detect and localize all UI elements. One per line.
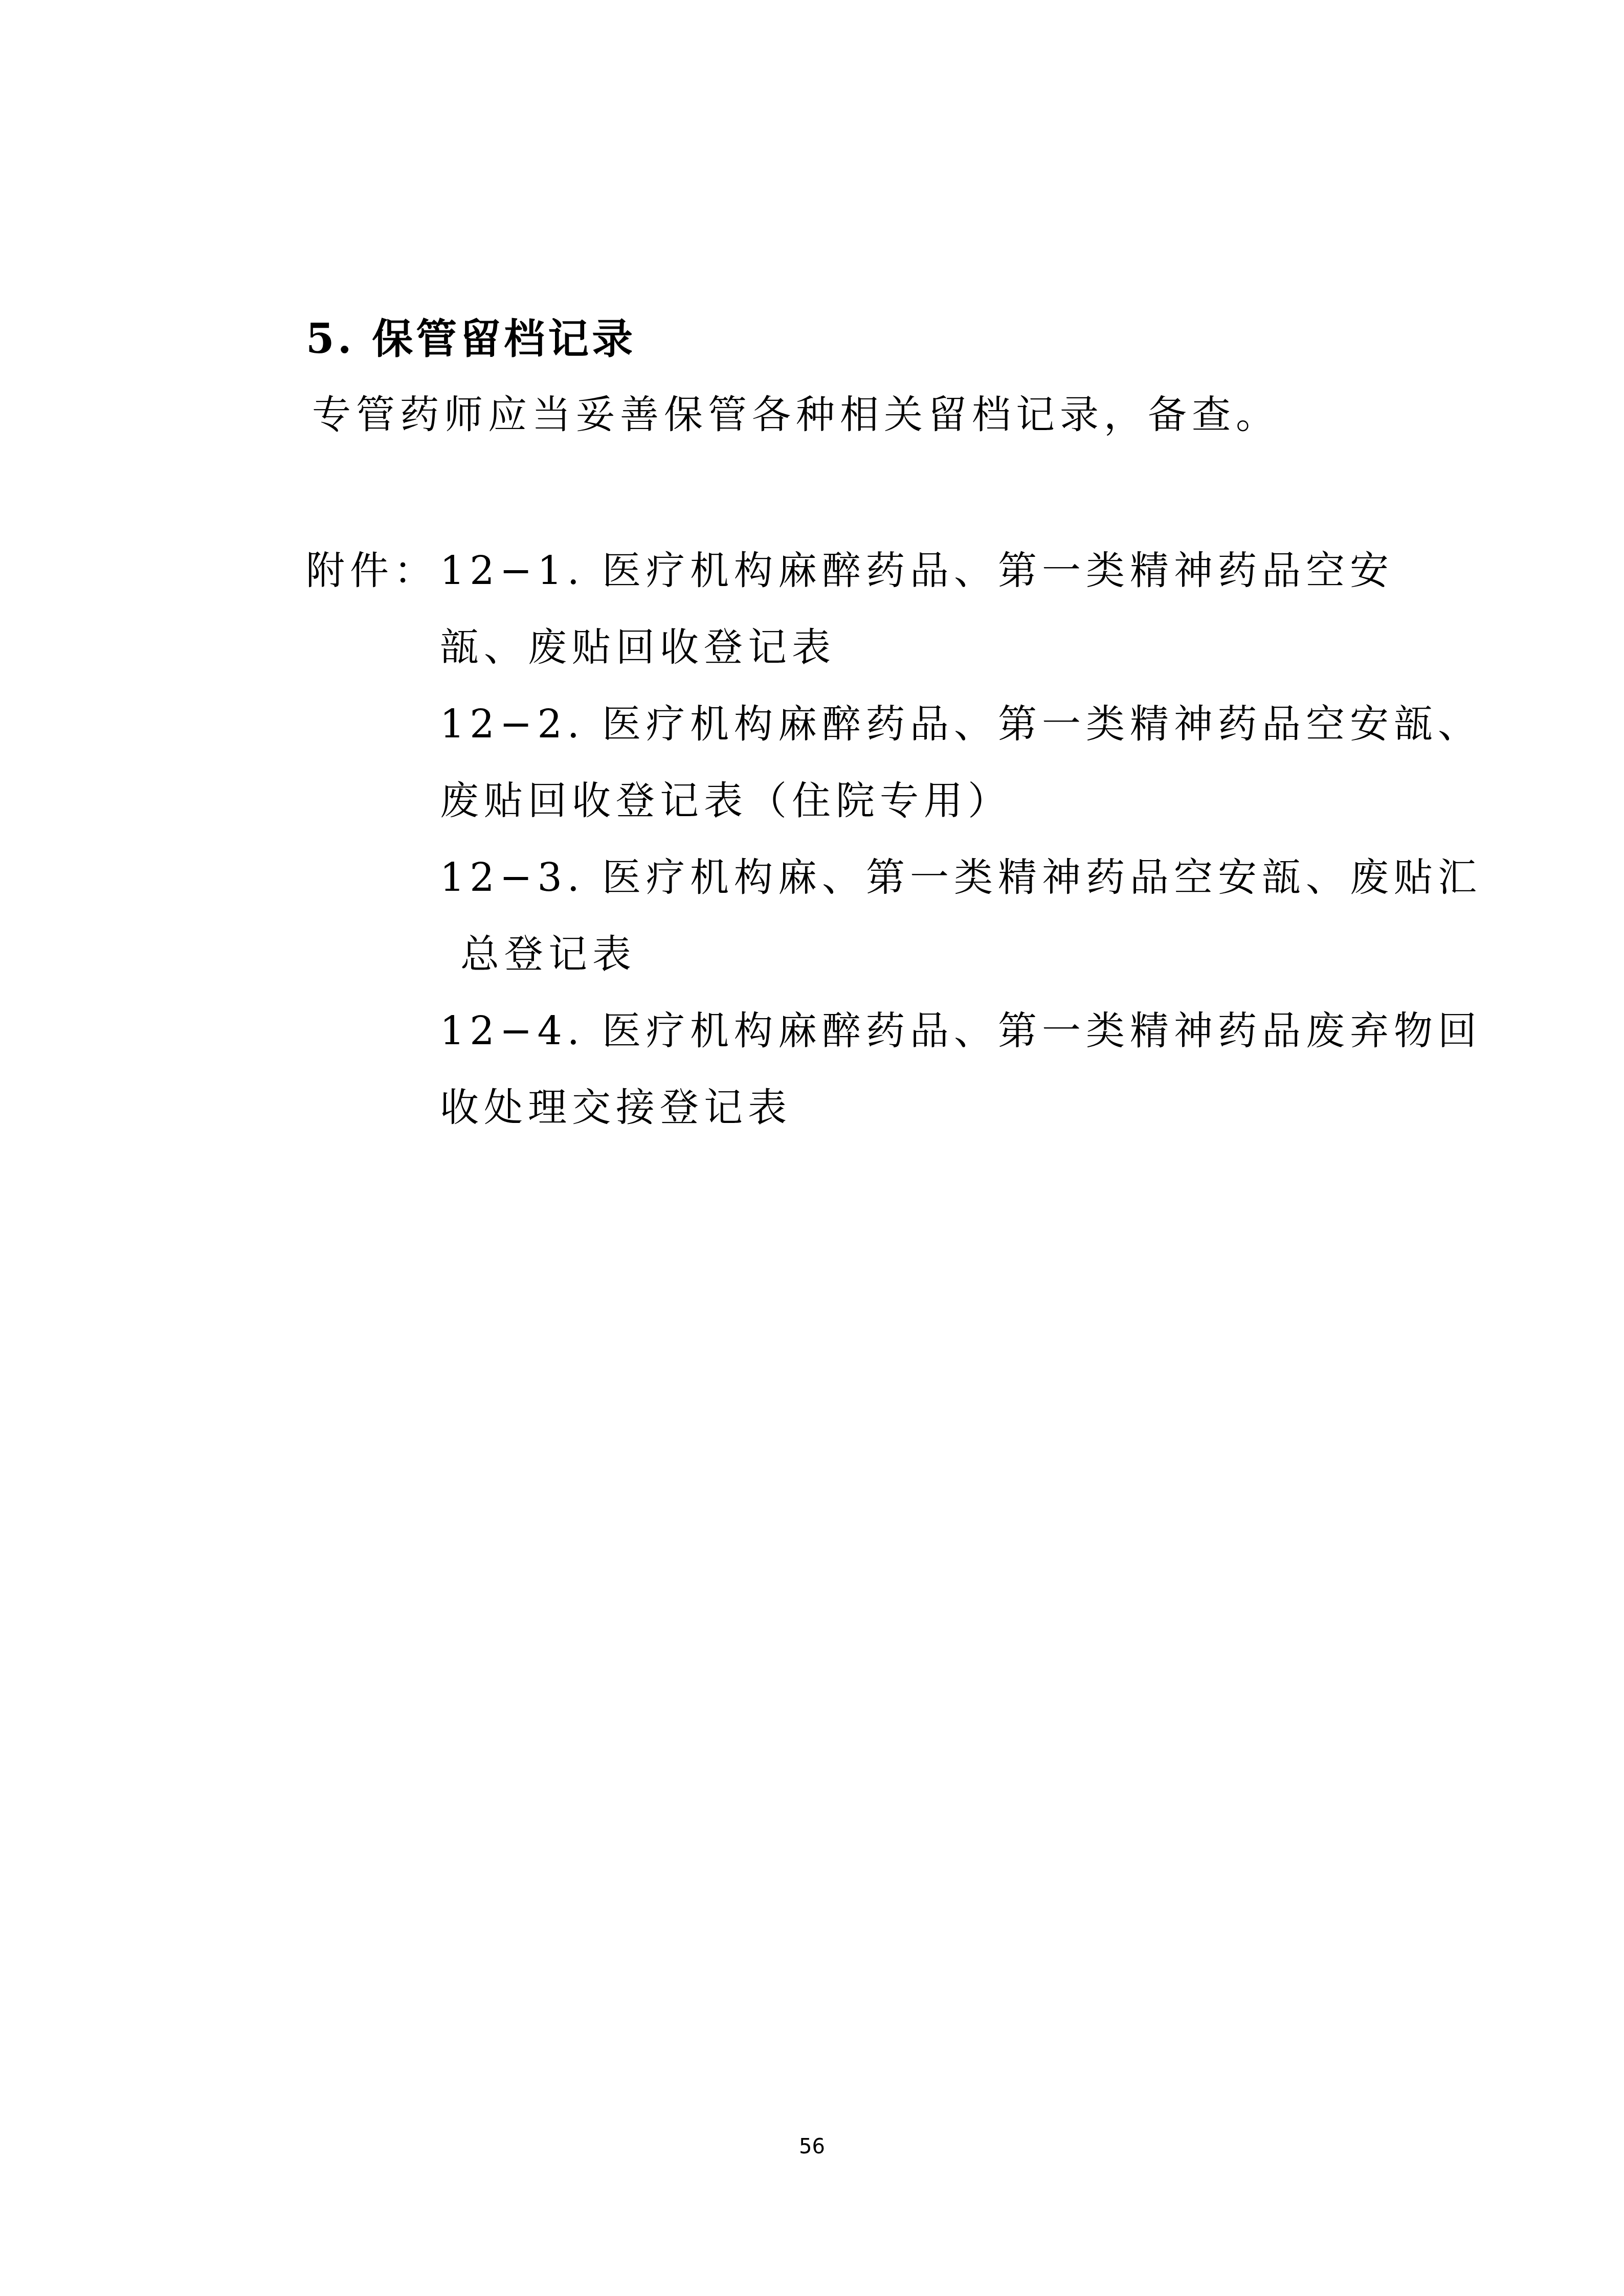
section-heading: 5. 保管留档记录: [306, 306, 636, 365]
attachment-line: 12−3. 医疗机构麻、第一类精神药品空安瓿、废贴汇: [440, 846, 1482, 902]
attachment-line: 收处理交接登记表: [440, 1076, 792, 1132]
attachment-line: 12−4. 医疗机构麻醉药品、第一类精神药品废弃物回: [440, 1000, 1482, 1055]
attachment-line: 废贴回收登记表（住院专用）: [440, 770, 1012, 825]
attachment-line: 12−1. 医疗机构麻醉药品、第一类精神药品空安: [440, 539, 1394, 595]
attachments-label: 附件：: [306, 539, 438, 595]
document-page: 5. 保管留档记录 专管药师应当妥善保管各种相关留档记录，备查。 附件： 12−…: [0, 0, 1624, 2296]
section-paragraph: 专管药师应当妥善保管各种相关留档记录，备查。: [312, 384, 1280, 439]
page-number: 56: [0, 2135, 1624, 2158]
attachment-line: 瓿、废贴回收登记表: [440, 616, 836, 672]
attachment-line: 总登记表: [460, 923, 636, 979]
attachment-line: 12−2. 医疗机构麻醉药品、第一类精神药品空安瓿、: [440, 693, 1482, 749]
